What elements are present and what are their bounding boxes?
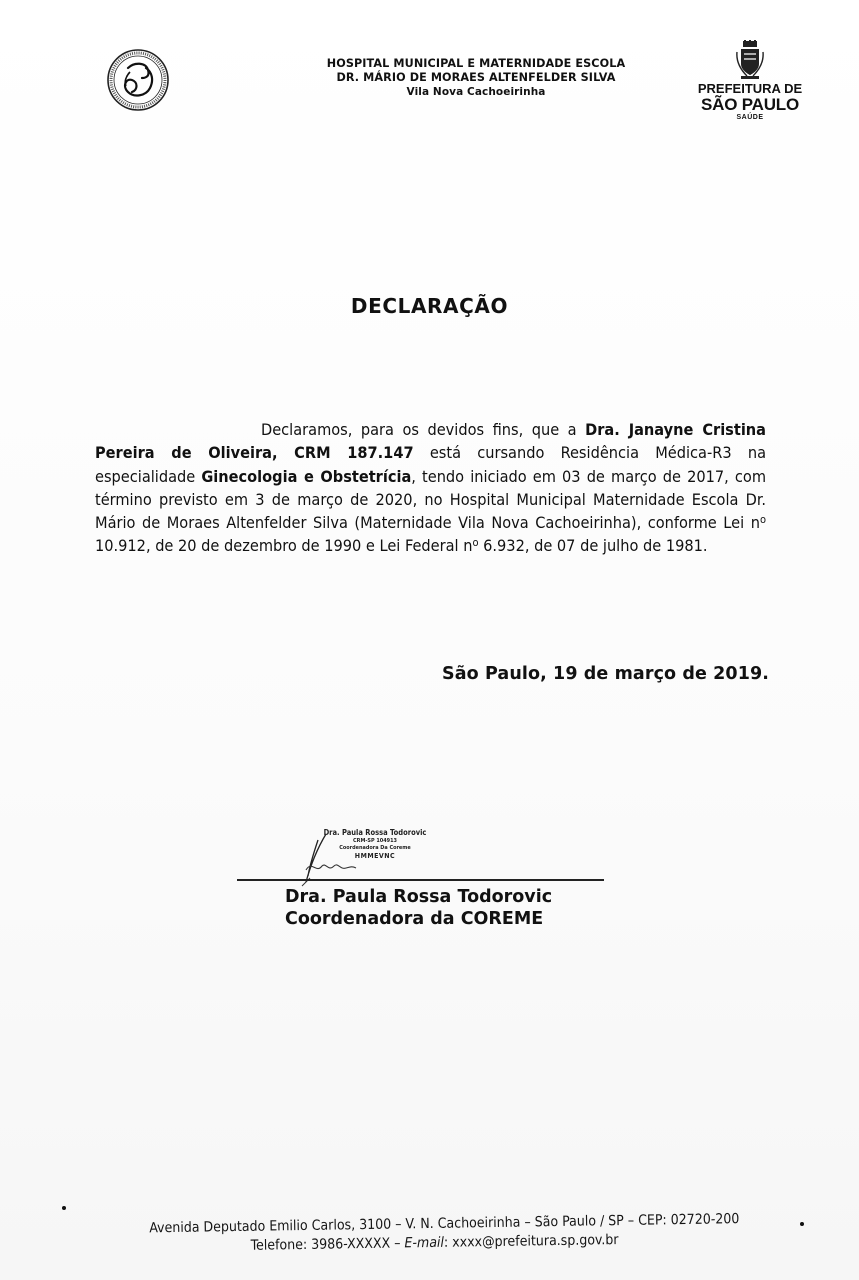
hospital-header: HOSPITAL MUNICIPAL E MATERNIDADE ESCOLA … [296, 57, 656, 99]
body-text-1: Declaramos, para os devidos fins, que a [261, 420, 585, 439]
signature-line [237, 879, 604, 881]
document-page: HOSPITAL MUNICIPAL E MATERNIDADE ESCOLA … [0, 0, 859, 1280]
prefeitura-line-2: SÃO PAULO [690, 96, 810, 113]
hospital-name-line-2: DR. MÁRIO DE MORAES ALTENFELDER SILVA [296, 71, 656, 85]
footer-phone: Telefone: 3986-XXXXX – [251, 1235, 405, 1253]
prefeitura-line-3: SAÚDE [690, 113, 810, 123]
maternity-seal-icon [106, 48, 170, 112]
scan-speck [62, 1206, 66, 1210]
document-title: DECLARAÇÃO [0, 294, 859, 318]
hospital-location: Vila Nova Cachoeirinha [296, 85, 656, 99]
prefeitura-logo: PREFEITURA DE SÃO PAULO SAÚDE [690, 40, 810, 123]
ordinal-mark-1: o [760, 513, 766, 526]
footer-email-label: E-mail [404, 1235, 444, 1252]
handwritten-signature-icon [296, 830, 396, 890]
scan-speck [800, 1222, 804, 1226]
body-specialty: Ginecologia e Obstetrícia [201, 467, 411, 486]
sao-paulo-crest-icon [735, 40, 765, 80]
signer-role: Coordenadora da COREME [285, 908, 552, 930]
footer: Avenida Deputado Emilio Carlos, 3100 – V… [0, 1208, 859, 1259]
body-text-4: 10.912, de 20 de dezembro de 1990 e Lei … [95, 536, 472, 555]
footer-email: : xxxx@prefeitura.sp.gov.br [444, 1232, 619, 1251]
signer-block: Dra. Paula Rossa Todorovic Coordenadora … [285, 886, 552, 930]
hospital-name-line-1: HOSPITAL MUNICIPAL E MATERNIDADE ESCOLA [296, 57, 656, 71]
declaration-body: Declaramos, para os devidos fins, que a … [95, 418, 766, 558]
body-text-5: 6.932, de 07 de julho de 1981. [479, 536, 708, 555]
document-date: São Paulo, 19 de março de 2019. [442, 664, 769, 684]
signer-name: Dra. Paula Rossa Todorovic [285, 886, 552, 908]
prefeitura-line-1: PREFEITURA DE [690, 82, 810, 96]
